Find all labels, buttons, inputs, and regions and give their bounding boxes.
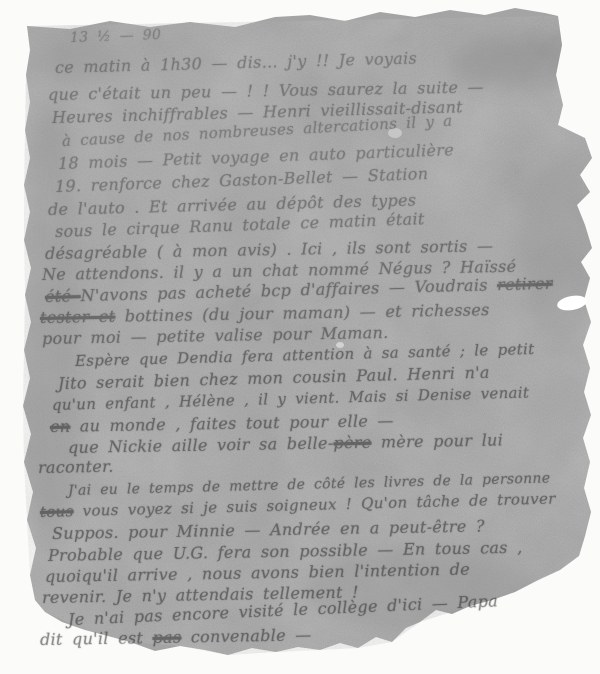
shading-top-right: [450, 36, 590, 88]
shading-mid-right: [520, 160, 600, 340]
paper-grain-texture: [23, 16, 592, 655]
shading-bottom: [300, 550, 540, 630]
paper-light-spot: [388, 128, 402, 138]
scanned-letter-page: 13 ½ — 90ce matin à 1h30 — dis… j'y !! J…: [0, 0, 600, 674]
paper-light-spot-small: [336, 342, 344, 348]
shading-top-left: [30, 36, 130, 84]
torn-paper-scrap: [0, 0, 600, 674]
